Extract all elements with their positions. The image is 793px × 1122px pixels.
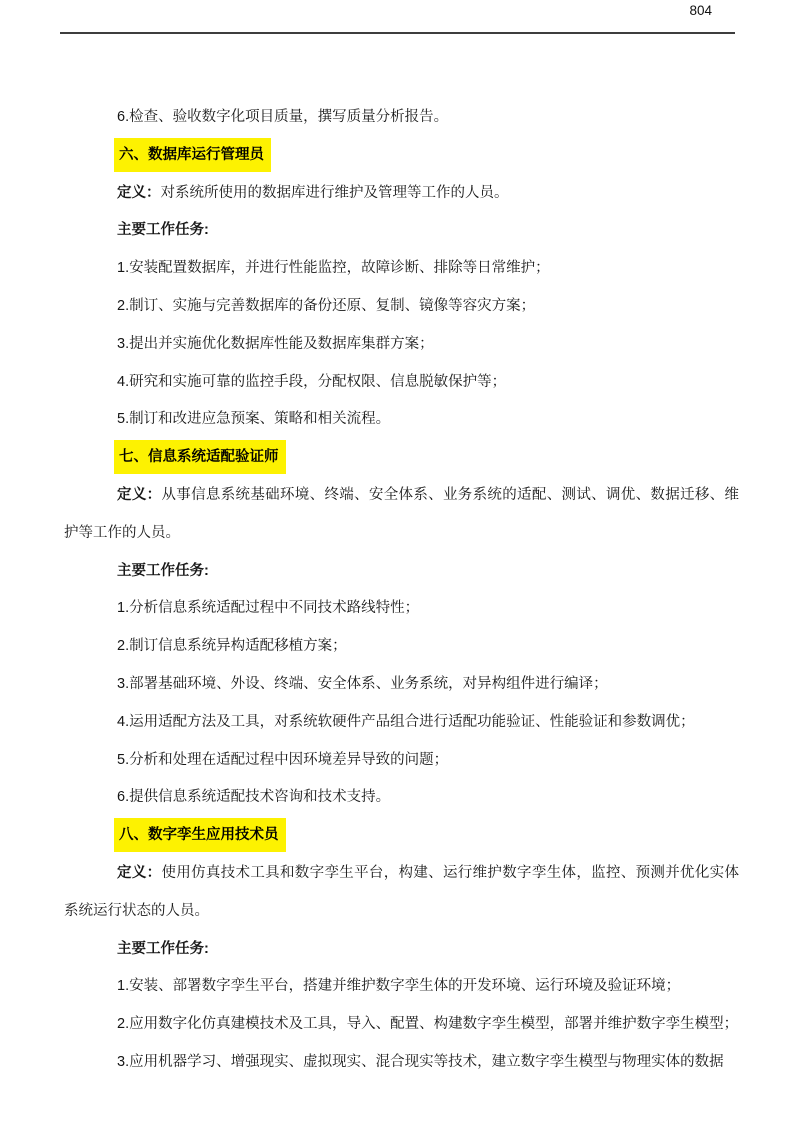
definition-text: 从事信息系统基础环境、终端、安全体系、业务系统的适配、测试、调优、数据迁移、维护… — [64, 487, 739, 541]
task-item: 1.分析信息系统适配过程中不同技术路线特性； — [64, 590, 739, 628]
section-heading-highlight: 七、信息系统适配验证师 — [114, 440, 286, 474]
task-item: 6.检查、验收数字化项目质量，撰写质量分析报告。 — [64, 99, 739, 137]
task-item: 3.部署基础环境、外设、终端、安全体系、业务系统，对异构组件进行编译； — [64, 666, 739, 704]
header-divider — [60, 32, 735, 34]
tasks-subheading: 主要工作任务: — [64, 212, 739, 250]
section-heading-highlight: 八、数字孪生应用技术员 — [114, 818, 286, 852]
section-heading-row: 八、数字孪生应用技术员 — [64, 817, 739, 855]
definition-paragraph: 定义：使用仿真技术工具和数字孪生平台，构建、运行维护数字孪生体，监控、预测并优化… — [64, 855, 739, 931]
section-heading-row: 七、信息系统适配验证师 — [64, 439, 739, 477]
task-item: 2.制订信息系统异构适配移植方案； — [64, 628, 739, 666]
page-number: 804 — [689, 3, 712, 18]
task-item: 5.制订和改进应急预案、策略和相关流程。 — [64, 401, 739, 439]
task-item: 6.提供信息系统适配技术咨询和技术支持。 — [64, 779, 739, 817]
tasks-subheading: 主要工作任务: — [64, 553, 739, 591]
task-item: 3.提出并实施优化数据库性能及数据库集群方案； — [64, 326, 739, 364]
task-item: 4.运用适配方法及工具，对系统软硬件产品组合进行适配功能验证、性能验证和参数调优… — [64, 704, 739, 742]
section-heading-highlight: 六、数据库运行管理员 — [114, 138, 271, 172]
definition-label: 定义： — [117, 185, 161, 201]
task-item: 5.分析和处理在适配过程中因环境差异导致的问题； — [64, 742, 739, 780]
page-header: 804 — [0, 0, 793, 19]
definition-label: 定义： — [117, 487, 161, 503]
definition-paragraph: 定义：从事信息系统基础环境、终端、安全体系、业务系统的适配、测试、调优、数据迁移… — [64, 477, 739, 553]
definition-text: 使用仿真技术工具和数字孪生平台，构建、运行维护数字孪生体，监控、预测并优化实体系… — [64, 865, 739, 919]
definition-text: 对系统所使用的数据库进行维护及管理等工作的人员。 — [161, 185, 509, 201]
definition-paragraph: 定义：对系统所使用的数据库进行维护及管理等工作的人员。 — [64, 175, 739, 213]
definition-label: 定义： — [117, 865, 161, 881]
section-heading-row: 六、数据库运行管理员 — [64, 137, 739, 175]
document-body: 6.检查、验收数字化项目质量，撰写质量分析报告。 六、数据库运行管理员 定义：对… — [64, 99, 739, 1082]
document-page: 804 6.检查、验收数字化项目质量，撰写质量分析报告。 六、数据库运行管理员 … — [0, 0, 793, 1122]
task-item: 1.安装、部署数字孪生平台，搭建并维护数字孪生体的开发环境、运行环境及验证环境； — [64, 968, 739, 1006]
task-item: 3.应用机器学习、增强现实、虚拟现实、混合现实等技术，建立数字孪生模型与物理实体… — [64, 1044, 739, 1082]
task-item: 2.应用数字化仿真建模技术及工具，导入、配置、构建数字孪生模型，部署并维护数字孪… — [64, 1006, 739, 1044]
task-item: 2.制订、实施与完善数据库的备份还原、复制、镜像等容灾方案； — [64, 288, 739, 326]
task-item: 1.安装配置数据库，并进行性能监控，故障诊断、排除等日常维护； — [64, 250, 739, 288]
tasks-subheading: 主要工作任务: — [64, 931, 739, 969]
task-item: 4.研究和实施可靠的监控手段，分配权限、信息脱敏保护等； — [64, 364, 739, 402]
